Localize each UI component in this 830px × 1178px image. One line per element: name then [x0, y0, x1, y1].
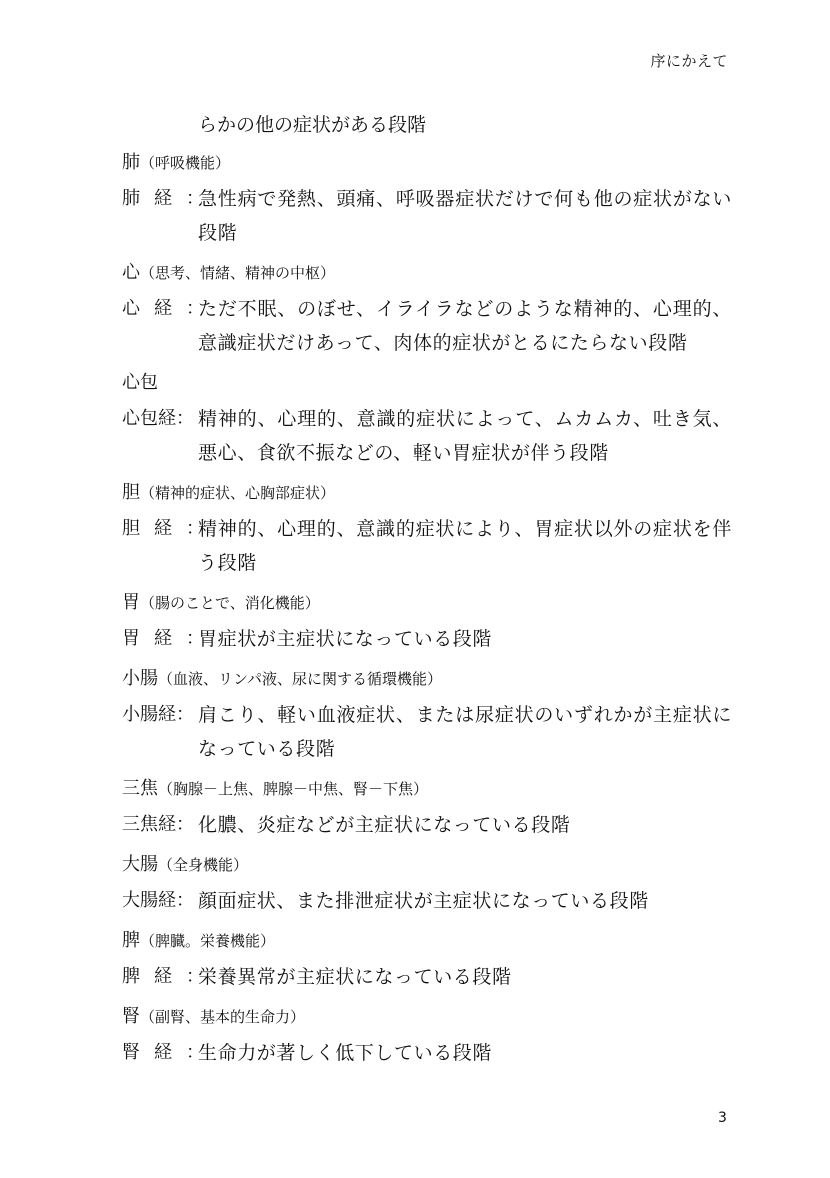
meridian-label: 心 経 ： — [122, 292, 198, 360]
label-meridian: 経 — [158, 884, 176, 918]
meridian-label: 心包 経 ： — [122, 402, 198, 470]
meridian-entry: 心 経 ： ただ不眠、のぼせ、イライラなどのような精神的、心理的、意識症状だけあ… — [122, 292, 732, 360]
organ-note: （思考、情緒、精神の中枢） — [140, 264, 335, 282]
section-heading: 胃（腸のことで、消化機能） — [122, 590, 732, 616]
meridian-label: 脾 経 ： — [122, 960, 198, 994]
section-large-intestine: 大腸（全身機能） 大腸 経 ： 顔面症状、また排泄症状が主症状になっている段階 — [122, 852, 732, 918]
meridian-entry: 腎 経 ： 生命力が著しく低下している段階 — [122, 1036, 732, 1070]
organ-name: 大腸 — [122, 854, 158, 875]
organ-name: 腎 — [122, 1006, 140, 1027]
meridian-label: 胃 経 ： — [122, 622, 198, 656]
meridian-entry: 肺 経 ： 急性病で発熱、頭痛、呼吸器症状だけで何も他の症状がない段階 — [122, 182, 732, 250]
label-meridian: 経 — [154, 1036, 172, 1070]
label-colon: ： — [186, 622, 198, 656]
label-meridian: 経 — [158, 402, 176, 470]
meridian-label: 大腸 経 ： — [122, 884, 198, 918]
label-meridian: 経 — [158, 808, 176, 842]
label-meridian: 経 — [154, 292, 172, 360]
meridian-label: 胆 経 ： — [122, 512, 198, 580]
meridian-entry: 胆 経 ： 精神的、心理的、意識的症状により、胃症状以外の症状を伴う段階 — [122, 512, 732, 580]
section-heading: 心（思考、情緒、精神の中枢） — [122, 260, 732, 286]
section-stomach: 胃（腸のことで、消化機能） 胃 経 ： 胃症状が主症状になっている段階 — [122, 590, 732, 656]
section-heading: 小腸（血液、リンパ液、尿に関する循環機能） — [122, 666, 732, 692]
label-colon: ： — [176, 884, 188, 918]
label-organ: 三焦 — [122, 808, 158, 842]
organ-note: （全身機能） — [158, 856, 248, 874]
meridian-entry: 大腸 経 ： 顔面症状、また排泄症状が主症状になっている段階 — [122, 884, 732, 918]
label-meridian: 経 — [154, 960, 172, 994]
label-organ: 胆 — [122, 512, 140, 580]
meridian-description: 精神的、心理的、意識的症状により、胃症状以外の症状を伴う段階 — [198, 512, 732, 580]
section-kidney: 腎（副腎、基本的生命力） 腎 経 ： 生命力が著しく低下している段階 — [122, 1004, 732, 1070]
section-small-intestine: 小腸（血液、リンパ液、尿に関する循環機能） 小腸 経 ： 肩こり、軽い血液症状、… — [122, 666, 732, 766]
organ-note: （呼吸機能） — [140, 154, 230, 172]
section-heading: 肺（呼吸機能） — [122, 150, 732, 176]
meridian-description: 生命力が著しく低下している段階 — [198, 1036, 732, 1070]
meridian-description: 肩こり、軽い血液症状、または尿症状のいずれかが主症状になっている段階 — [198, 698, 732, 766]
label-colon: ： — [186, 182, 198, 250]
meridian-entry: 三焦 経 ： 化膿、炎症などが主症状になっている段階 — [122, 808, 732, 842]
continuation-text: らかの他の症状がある段階 — [122, 108, 732, 142]
section-spleen: 脾（脾臓。栄養機能） 脾 経 ： 栄養異常が主症状になっている段階 — [122, 928, 732, 994]
label-meridian: 経 — [154, 512, 172, 580]
section-triple-burner: 三焦（胸腺－上焦、脾腺－中焦、腎－下焦） 三焦 経 ： 化膿、炎症などが主症状に… — [122, 776, 732, 842]
label-organ: 心 — [122, 292, 140, 360]
meridian-label: 腎 経 ： — [122, 1036, 198, 1070]
label-organ: 心包 — [122, 402, 158, 470]
organ-note: （副腎、基本的生命力） — [140, 1008, 305, 1026]
organ-note: （精神的症状、心胸部症状） — [140, 484, 335, 502]
organ-name: 心包 — [122, 372, 158, 393]
organ-name: 心 — [122, 262, 140, 283]
section-heading: 腎（副腎、基本的生命力） — [122, 1004, 732, 1030]
section-heading: 三焦（胸腺－上焦、脾腺－中焦、腎－下焦） — [122, 776, 732, 802]
meridian-description: 精神的、心理的、意識的症状によって、ムカムカ、吐き気、悪心、食欲不振などの、軽い… — [198, 402, 732, 470]
organ-note: （血液、リンパ液、尿に関する循環機能） — [158, 670, 442, 688]
organ-name: 三焦 — [122, 778, 158, 799]
meridian-description: 顔面症状、また排泄症状が主症状になっている段階 — [198, 884, 732, 918]
section-heading: 心包 — [122, 370, 732, 396]
label-organ: 小腸 — [122, 698, 158, 766]
organ-note: （胸腺－上焦、脾腺－中焦、腎－下焦） — [158, 780, 428, 798]
label-organ: 肺 — [122, 182, 140, 250]
meridian-description: 化膿、炎症などが主症状になっている段階 — [198, 808, 732, 842]
meridian-description: 栄養異常が主症状になっている段階 — [198, 960, 732, 994]
label-meridian: 経 — [154, 182, 172, 250]
organ-note: （脾臓。栄養機能） — [140, 932, 275, 950]
label-colon: ： — [186, 292, 198, 360]
section-heading: 脾（脾臓。栄養機能） — [122, 928, 732, 954]
organ-name: 小腸 — [122, 668, 158, 689]
meridian-entry: 小腸 経 ： 肩こり、軽い血液症状、または尿症状のいずれかが主症状になっている段… — [122, 698, 732, 766]
label-colon: ： — [186, 512, 198, 580]
meridian-label: 三焦 経 ： — [122, 808, 198, 842]
meridian-description: 胃症状が主症状になっている段階 — [198, 622, 732, 656]
section-lung: 肺（呼吸機能） 肺 経 ： 急性病で発熱、頭痛、呼吸器症状だけで何も他の症状がな… — [122, 150, 732, 250]
label-organ: 脾 — [122, 960, 140, 994]
label-organ: 胃 — [122, 622, 140, 656]
section-pericardium: 心包 心包 経 ： 精神的、心理的、意識的症状によって、ムカムカ、吐き気、悪心、… — [122, 370, 732, 470]
section-heading: 胆（精神的症状、心胸部症状） — [122, 480, 732, 506]
section-heart: 心（思考、情緒、精神の中枢） 心 経 ： ただ不眠、のぼせ、イライラなどのような… — [122, 260, 732, 360]
organ-name: 胆 — [122, 482, 140, 503]
label-organ: 腎 — [122, 1036, 140, 1070]
organ-name: 胃 — [122, 592, 140, 613]
meridian-description: ただ不眠、のぼせ、イライラなどのような精神的、心理的、意識症状だけあって、肉体的… — [198, 292, 732, 360]
label-colon: ： — [186, 1036, 198, 1070]
page-number: 3 — [718, 1110, 727, 1126]
label-colon: ： — [176, 698, 188, 766]
meridian-label: 小腸 経 ： — [122, 698, 198, 766]
meridian-label: 肺 経 ： — [122, 182, 198, 250]
section-heading: 大腸（全身機能） — [122, 852, 732, 878]
meridian-description: 急性病で発熱、頭痛、呼吸器症状だけで何も他の症状がない段階 — [198, 182, 732, 250]
label-meridian: 経 — [158, 698, 176, 766]
organ-name: 肺 — [122, 152, 140, 173]
meridian-entry: 脾 経 ： 栄養異常が主症状になっている段階 — [122, 960, 732, 994]
running-head: 序にかえて — [650, 50, 728, 71]
label-colon: ： — [176, 808, 188, 842]
meridian-entry: 胃 経 ： 胃症状が主症状になっている段階 — [122, 622, 732, 656]
page-body: らかの他の症状がある段階 肺（呼吸機能） 肺 経 ： 急性病で発熱、頭痛、呼吸器… — [122, 108, 732, 1080]
label-organ: 大腸 — [122, 884, 158, 918]
section-gallbladder: 胆（精神的症状、心胸部症状） 胆 経 ： 精神的、心理的、意識的症状により、胃症… — [122, 480, 732, 580]
label-colon: ： — [186, 960, 198, 994]
meridian-entry: 心包 経 ： 精神的、心理的、意識的症状によって、ムカムカ、吐き気、悪心、食欲不… — [122, 402, 732, 470]
label-colon: ： — [176, 402, 188, 470]
organ-note: （腸のことで、消化機能） — [140, 594, 320, 612]
label-meridian: 経 — [154, 622, 172, 656]
organ-name: 脾 — [122, 930, 140, 951]
